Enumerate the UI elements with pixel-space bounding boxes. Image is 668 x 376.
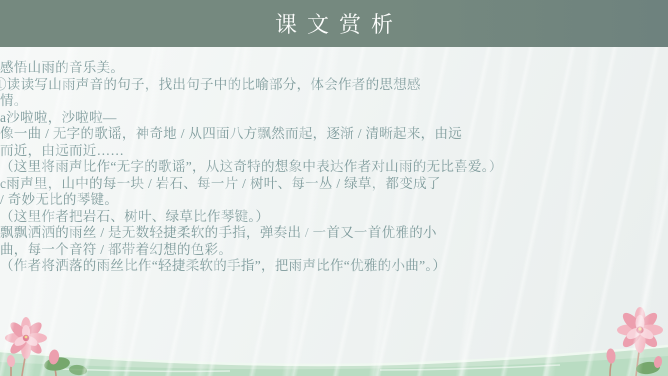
slide-body: 感悟山雨的音乐美。 ①读读写山雨声音的句子，找出句子中的比喻部分，体会作者的思想… <box>0 47 668 275</box>
question-line: ①读读写山雨声音的句子，找出句子中的比喻部分，体会作者的思想感 情。 <box>0 77 668 110</box>
note-b: （这里将雨声比作“无字的歌谣”，从这奇特的想象中表达作者对山雨的无比喜爱。） <box>0 159 668 176</box>
quote-b: b像一曲 / 无字的歌谣，神奇地 / 从四面八方飘然而起，逐渐 / 清晰起来，由… <box>0 126 668 159</box>
lotus-right-icon <box>596 292 668 376</box>
note-c: （这里作者把岩石、树叶、绿草比作琴键。） <box>0 209 668 226</box>
green-hill-decoration <box>0 312 668 376</box>
quote-c: c雨声里，山中的每一块 / 岩石、每一片 / 树叶、每一丛 / 绿草，都变成了 … <box>0 176 668 209</box>
intro-line: 感悟山雨的音乐美。 <box>0 60 668 77</box>
page-title: 课文赏析 <box>275 8 403 39</box>
slide-title-bar: 课文赏析 <box>0 0 668 47</box>
lotus-left-icon <box>0 294 92 376</box>
quote-a: a沙啦啦，沙啦啦— <box>0 110 668 127</box>
note-d: （作者将洒落的雨丝比作“轻捷柔软的手指”，把雨声比作“优雅的小曲”。） <box>0 258 668 275</box>
quote-d: d飘飘洒洒的雨丝 / 是无数轻捷柔软的手指，弹奏出 / 一首又一首优雅的小 曲，… <box>0 225 668 258</box>
slide: 感悟山雨的音乐美。 ①读读写山雨声音的句子，找出句子中的比喻部分，体会作者的思想… <box>0 0 668 376</box>
